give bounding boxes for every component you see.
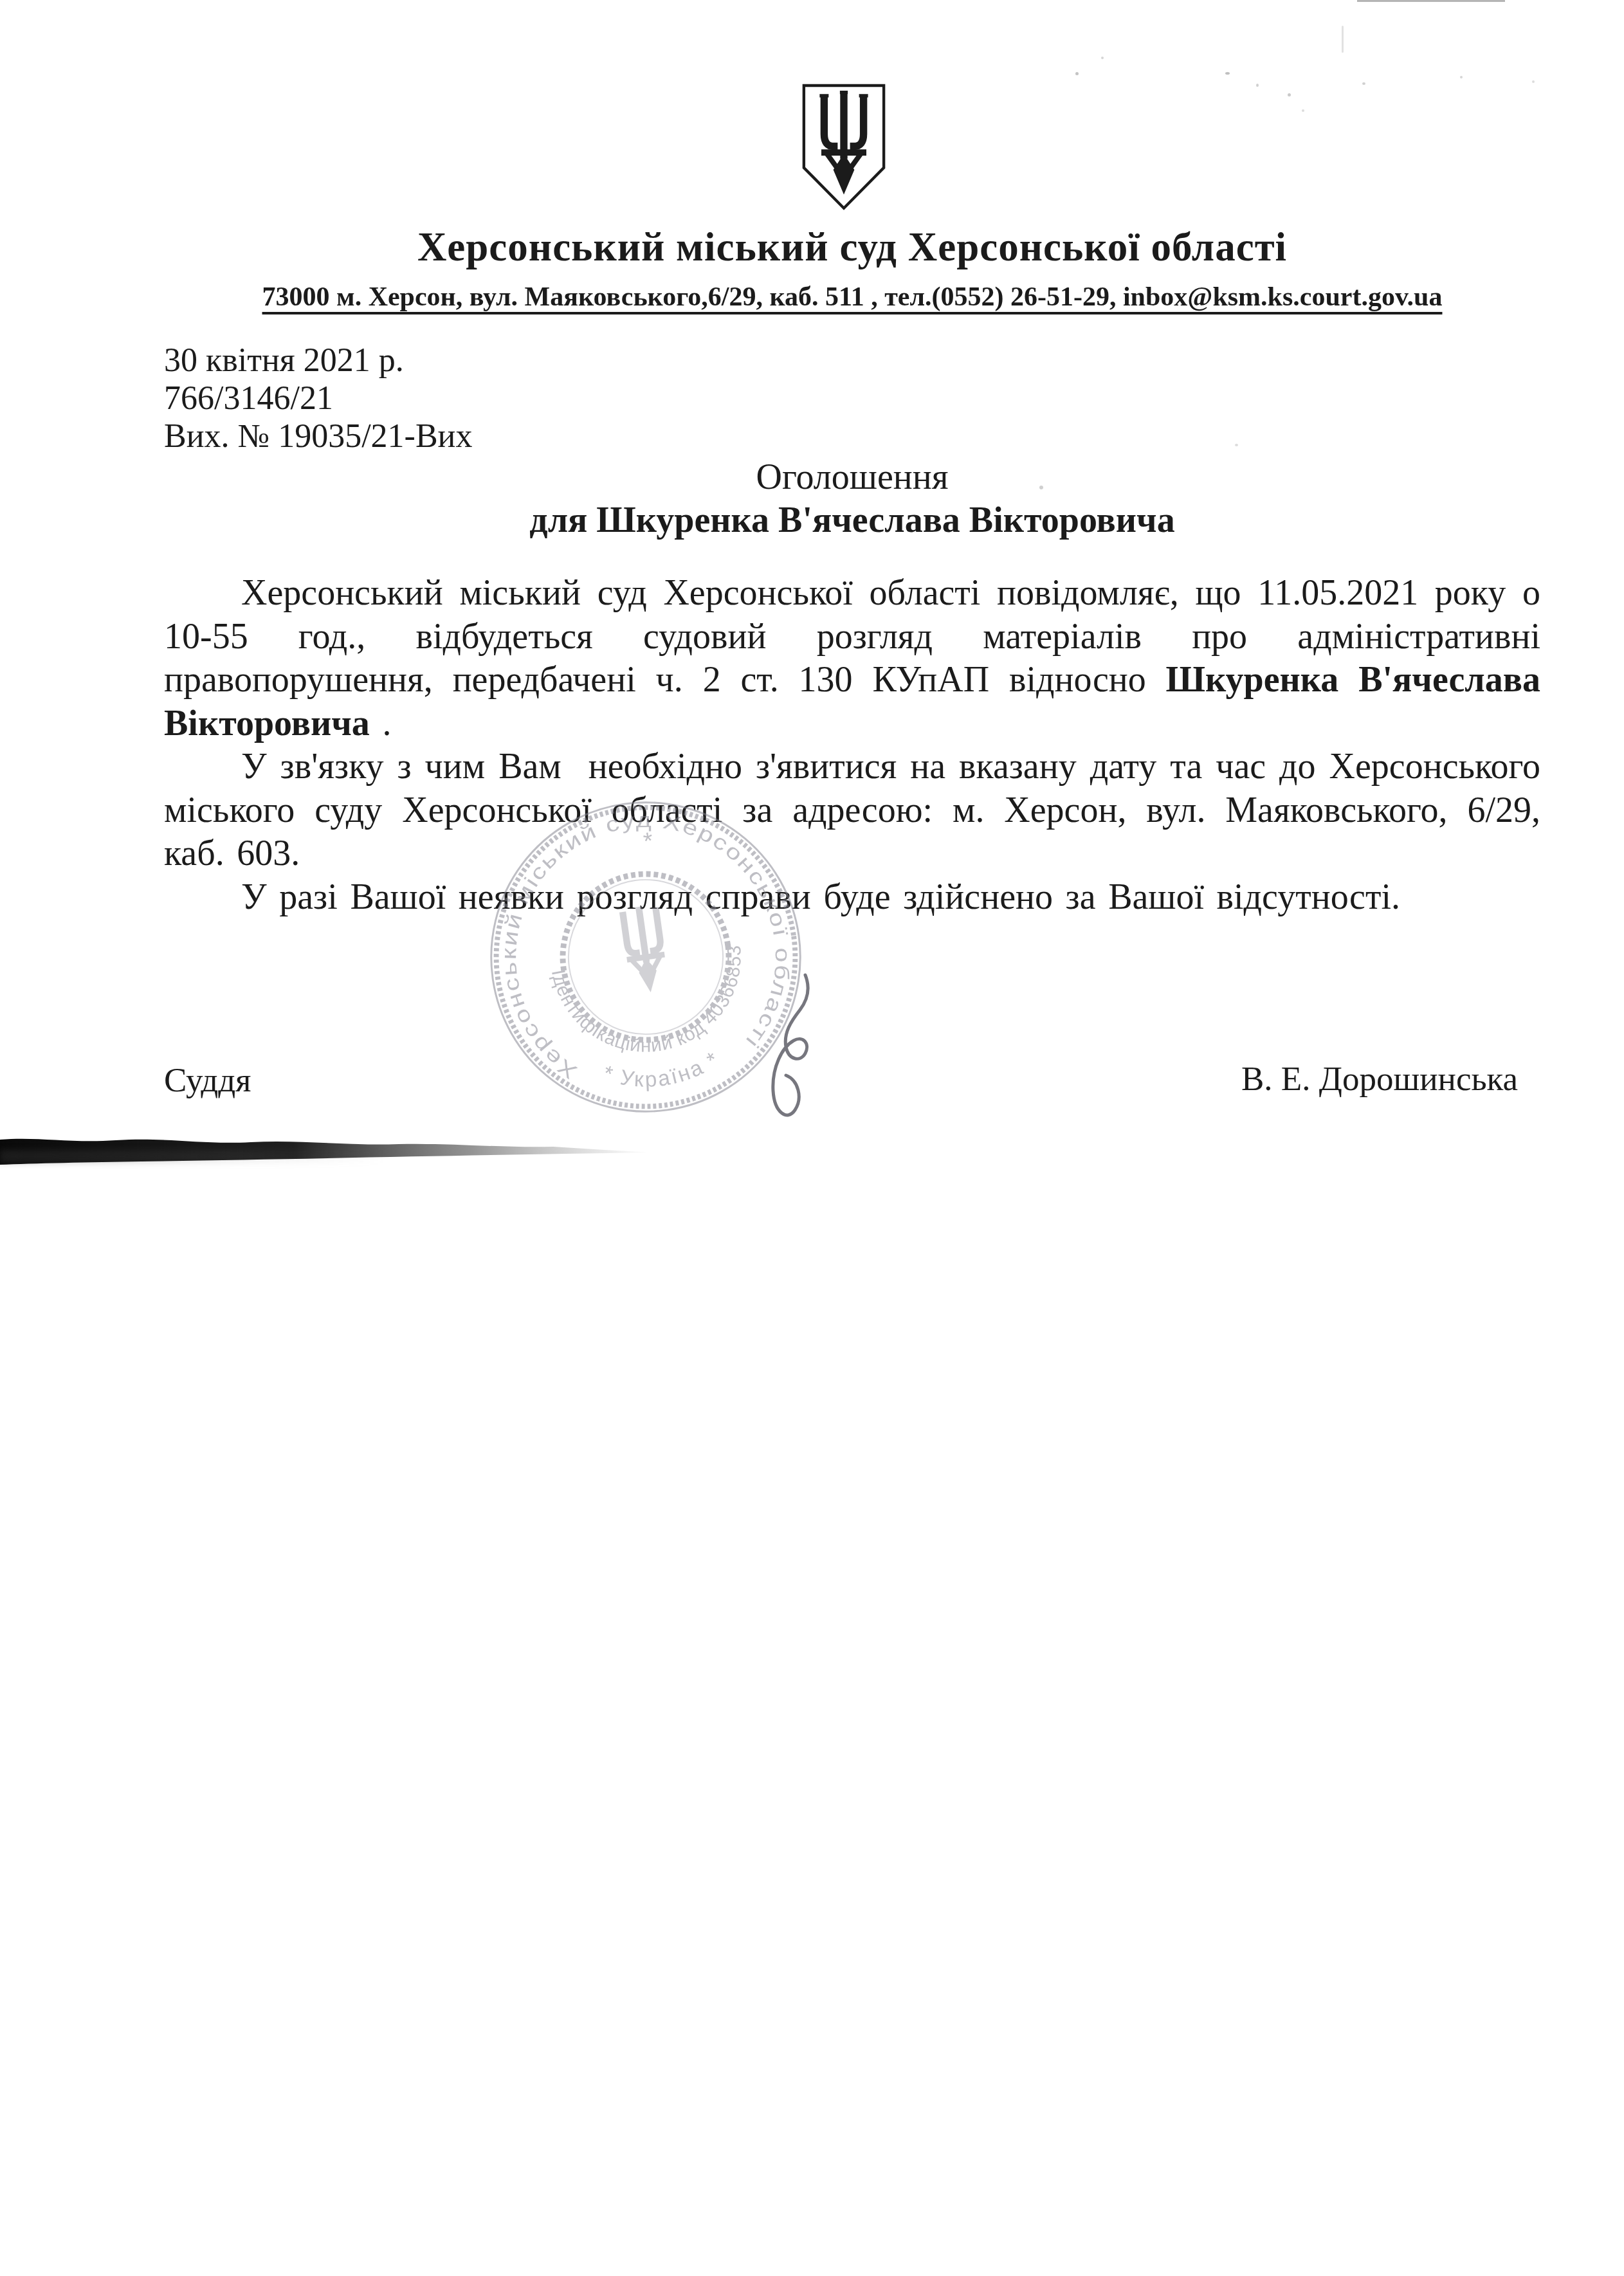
scan-speck bbox=[1302, 109, 1304, 112]
scan-speck bbox=[1075, 72, 1079, 75]
notice-title: Оголошення bbox=[164, 458, 1540, 496]
scan-speck bbox=[1235, 444, 1238, 446]
notice-body: Херсонський міський суд Херсонської обла… bbox=[164, 572, 1540, 919]
court-address-line: 73000 м. Херсон, вул. Маяковського,6/29,… bbox=[164, 282, 1540, 313]
scan-speck bbox=[1225, 72, 1230, 75]
scan-speck bbox=[1101, 57, 1104, 59]
scan-speck bbox=[1256, 84, 1259, 87]
scan-artifact-topline bbox=[1357, 0, 1505, 2]
court-address-text: 73000 м. Херсон, вул. Маяковського,6/29,… bbox=[262, 282, 1443, 312]
scan-speck bbox=[1288, 93, 1291, 96]
case-number: 766/3146/21 bbox=[164, 379, 472, 417]
paragraph-hearing: Херсонський міський суд Херсонської обла… bbox=[164, 572, 1540, 745]
scan-speck bbox=[1460, 76, 1463, 78]
judge-pen-signature bbox=[756, 970, 823, 1134]
judge-role-label: Суддя bbox=[164, 1061, 251, 1100]
scan-speck bbox=[1532, 80, 1535, 83]
scan-speck bbox=[1362, 82, 1365, 85]
stamp-trident-icon bbox=[620, 904, 670, 993]
paragraph-appearance: У зв'язку з чим Вам необхідно з'явитися … bbox=[164, 745, 1540, 876]
outgoing-number: Вих. № 19035/21-Вих bbox=[164, 417, 472, 455]
court-name-title: Херсонський міський суд Херсонської обла… bbox=[164, 224, 1540, 271]
scan-smudge-shadow bbox=[0, 1150, 386, 1163]
letter-meta-block: 30 квітня 2021 р. 766/3146/21 Вих. № 190… bbox=[164, 341, 472, 455]
paragraph-hearing-period: . bbox=[370, 704, 392, 743]
letter-date: 30 квітня 2021 р. bbox=[164, 341, 472, 379]
notice-addressee: для Шкуренка В'ячеслава Вікторовича bbox=[164, 501, 1540, 540]
stamp-inner-code-text: Ідентифікаційний код 40366853 bbox=[547, 943, 758, 1070]
scan-speck bbox=[1342, 26, 1344, 53]
paragraph-absence: У разі Вашої неявки розгляд справи буде … bbox=[164, 876, 1540, 920]
ukraine-trident-emblem-icon bbox=[799, 81, 889, 216]
judge-name: В. Е. Дорошинська bbox=[1241, 1060, 1518, 1098]
document-page: Херсонський міський суд Херсонської обла… bbox=[0, 0, 1624, 2276]
stamp-code-holder: Ідентифікаційний код 40366853 bbox=[547, 943, 758, 1070]
